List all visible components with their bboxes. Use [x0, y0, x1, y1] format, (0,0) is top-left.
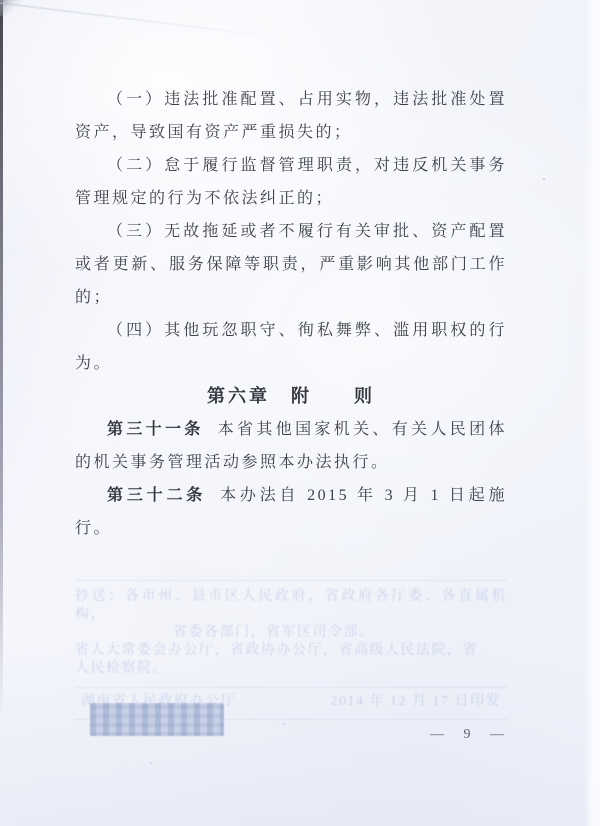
bleed-through-dark-block: [90, 703, 224, 736]
article-32: 第三十二条本办法自 2015 年 3 月 1 日起施行。: [75, 479, 507, 545]
article-31: 第三十一条本省其他国家机关、有关人民团体的机关事务管理活动参照本办法执行。: [75, 413, 507, 479]
scan-speck: [150, 762, 152, 764]
paper-crease: [0, 0, 289, 39]
bleed-line: 抄送：各市州、县市区人民政府，省政府各厅委、各直属机构，: [75, 588, 507, 624]
legal-item-2: （二）怠于履行监督管理职责，对违反机关事务管理规定的行为不依法纠正的；: [75, 149, 507, 215]
bleed-line: 人民检察院。: [75, 660, 507, 678]
article-32-label: 第三十二条: [107, 487, 206, 504]
scan-speck: [283, 723, 285, 725]
scanner-background-strip-right: [584, 0, 600, 826]
reverse-page-bleed-through: 抄送：各市州、县市区人民政府，省政府各厅委、各直属机构， 省委各部门，省军区司令…: [75, 580, 507, 720]
legal-item-3: （三）无故拖延或者不履行有关审批、资产配置或者更新、服务保障等职责，严重影响其他…: [75, 215, 507, 314]
page-number: — 9 —: [430, 727, 506, 743]
article-31-label: 第三十一条: [107, 421, 204, 438]
bleed-issue-date: 2014 年 12 月 17 日印发: [331, 693, 502, 711]
legal-item-1: （一）违法批准配置、占用实物，违法批准处置资产，导致国有资产严重损失的；: [75, 83, 507, 149]
legal-item-4: （四）其他玩忽职守、徇私舞弊、滥用职权的行为。: [75, 314, 507, 380]
scan-speck: [543, 178, 545, 180]
scanner-edge-shadow-left: [0, 0, 3, 720]
chapter-heading: 第六章 附 则: [75, 380, 507, 413]
bleed-line: 省委各部门，省军区司令部。: [75, 624, 507, 642]
bleed-rule: [75, 580, 507, 581]
document-body: （一）违法批准配置、占用实物，违法批准处置资产，导致国有资产严重损失的； （二）…: [75, 83, 507, 545]
scanned-document-page: （一）违法批准配置、占用实物，违法批准处置资产，导致国有资产严重损失的； （二）…: [0, 0, 600, 826]
bleed-line: 省人大常委会办公厅，省政协办公厅，省高级人民法院，省: [75, 642, 507, 660]
